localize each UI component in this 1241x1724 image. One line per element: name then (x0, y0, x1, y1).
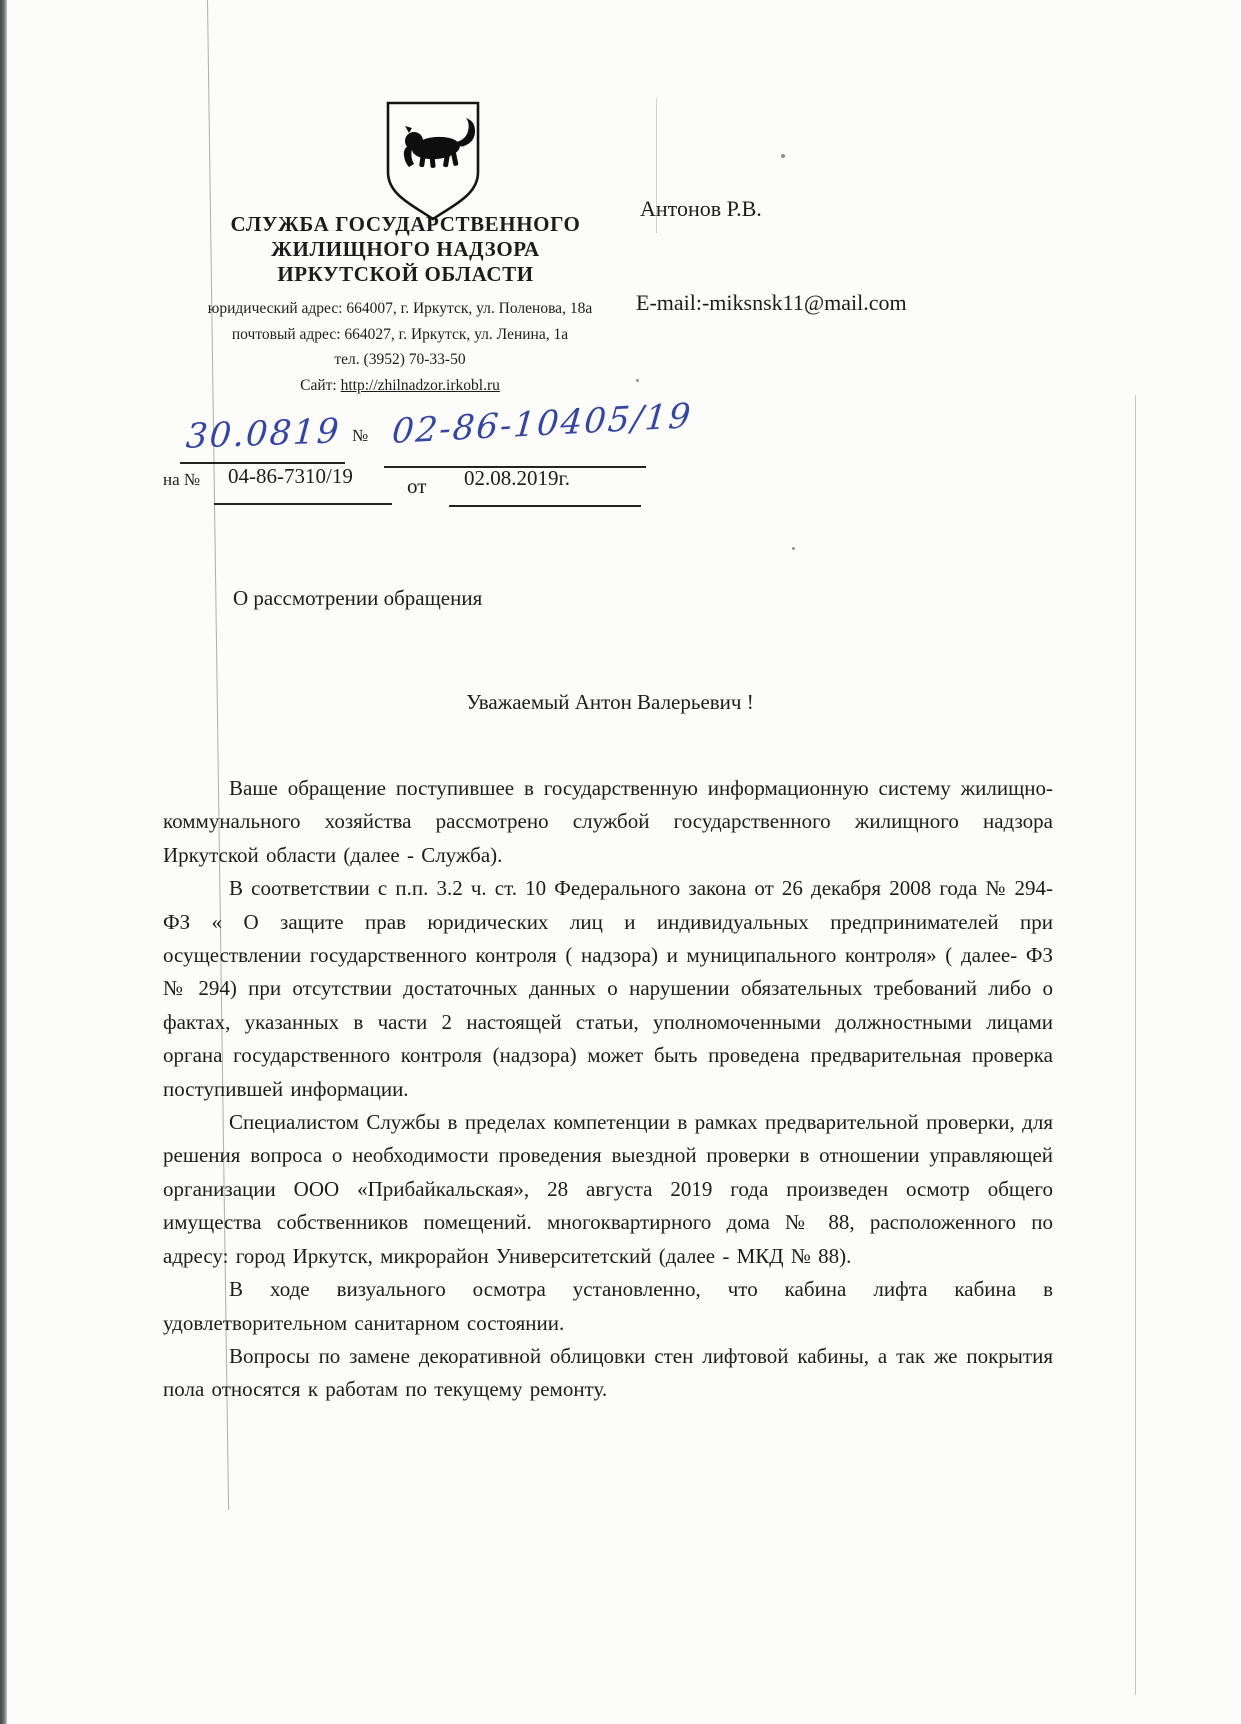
body-paragraph: В ходе визуального осмотра установленно,… (163, 1273, 1053, 1340)
body-paragraph: Специалистом Службы в пределах компетенц… (163, 1106, 1053, 1273)
phone-number: тел. (3952) 70-33-50 (150, 347, 650, 373)
handwritten-outgoing-date: 30.0819 (185, 411, 342, 457)
irkutsk-coat-of-arms-icon (383, 100, 483, 224)
salutation: Уважаемый Антон Валерьевич ! (160, 690, 1060, 715)
scan-fold-line-right (1135, 395, 1136, 1695)
scan-speck (792, 547, 795, 550)
scanned-letter-page: СЛУЖБА ГОСУДАРСТВЕННОГО ЖИЛИЩНОГО НАДЗОР… (0, 0, 1241, 1724)
body-paragraph: В соответствии с п.п. 3.2 ч. ст. 10 Феде… (163, 872, 1053, 1106)
scan-speck (781, 154, 785, 158)
handwritten-outgoing-number: 02-86-10405/19 (390, 396, 693, 452)
number-sign: № (352, 426, 368, 446)
reply-date-underline (449, 505, 641, 507)
subject-line: О рассмотрении обращения (233, 586, 482, 611)
reply-to-number: 04-86-7310/19 (228, 464, 353, 489)
website-label: Сайт: (300, 377, 340, 394)
org-name-line3: ИРКУТСКОЙ ОБЛАСТИ (168, 262, 643, 287)
org-name: СЛУЖБА ГОСУДАРСТВЕННОГО ЖИЛИЩНОГО НАДЗОР… (168, 212, 643, 287)
recipient-email: E-mail:-miksnsk11@mail.com (636, 290, 907, 316)
org-name-line2: ЖИЛИЩНОГО НАДЗОРА (168, 237, 643, 262)
legal-address: юридический адрес: 664007, г. Иркутск, у… (150, 296, 650, 322)
scan-edge-shadow (0, 0, 7, 1724)
org-contact-block: юридический адрес: 664007, г. Иркутск, у… (150, 296, 650, 398)
body-paragraph: Ваше обращение поступившее в государстве… (163, 772, 1053, 872)
org-name-line1: СЛУЖБА ГОСУДАРСТВЕННОГО (168, 212, 643, 237)
reply-to-date: 02.08.2019г. (464, 466, 570, 491)
reply-number-underline (214, 503, 392, 505)
recipient-name: Антонов Р.В. (640, 196, 762, 222)
reply-to-label: на № (163, 470, 200, 490)
website-url: http://zhilnadzor.irkobl.ru (341, 377, 500, 394)
body-paragraph: Вопросы по замене декоративной облицовки… (163, 1340, 1053, 1407)
postal-address: почтовый адрес: 664027, г. Иркутск, ул. … (150, 322, 650, 348)
letter-body: Ваше обращение поступившее в государстве… (163, 772, 1053, 1407)
from-label: от (407, 474, 426, 499)
website-line: Сайт: http://zhilnadzor.irkobl.ru (150, 373, 650, 399)
